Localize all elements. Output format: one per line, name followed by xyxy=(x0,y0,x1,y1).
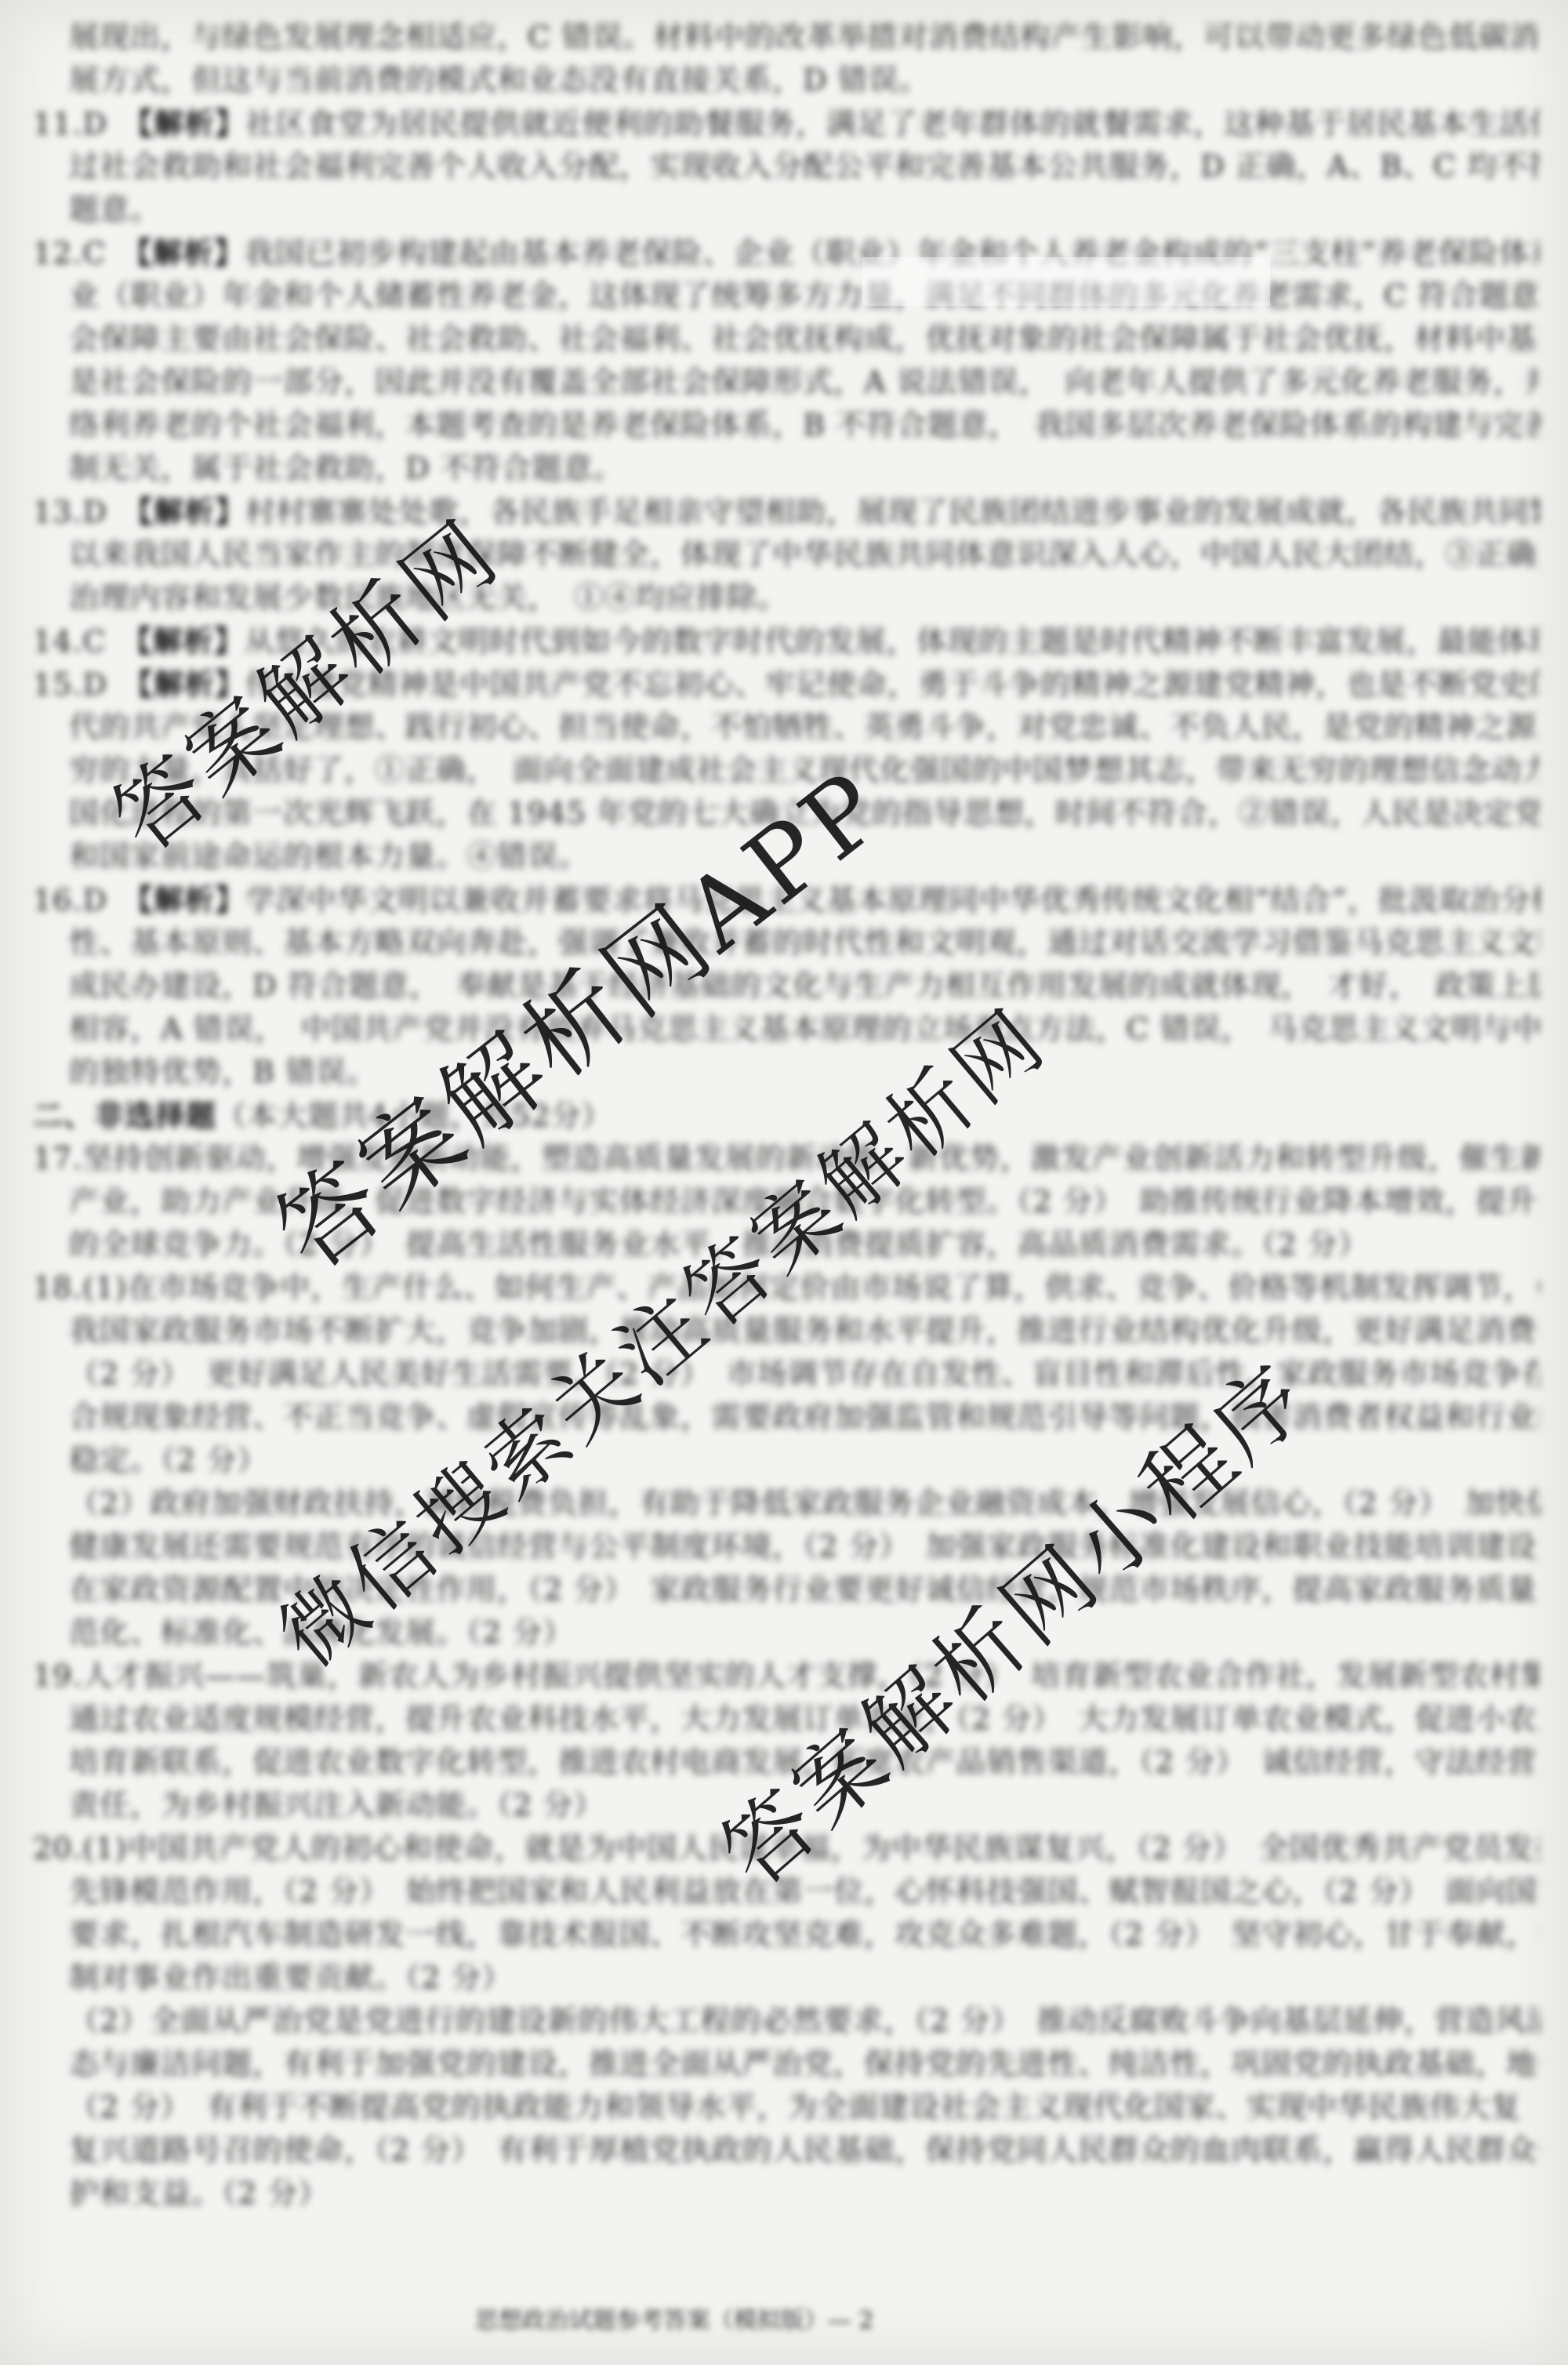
text-line: （2 分） 更好满足人民美好生活需要，（2 分） 市场调节存在自发性、盲目性和滞… xyxy=(33,1353,1540,1396)
text-line: 护和支益。（2 分） xyxy=(33,2172,1540,2215)
text-line: 展现出，与绿色发展理念相适应，C 错误。材料中的改革举措对消费结构产生影响，可以… xyxy=(33,16,1540,59)
scan-light-artifact xyxy=(862,257,1270,306)
text-line: （2）政府加强财政扶持，减轻税费负担，有助于降低家政服务企业融资成本，增强发展信… xyxy=(33,1482,1540,1525)
text-line: 13.D 【解析】村村寨寨处处歌，各民族手足相亲守望相助，展现了民族团结进步事业… xyxy=(33,490,1540,533)
text-line: （2 分） 有利于不断提高党的执政能力和领导水平，为全面建设社会主义现代化国家、… xyxy=(33,2086,1540,2129)
text-line: （2）全面从严治党是党进行的建设新的伟大工程的必然要求，（2 分） 推动反腐败斗… xyxy=(33,2000,1540,2043)
text-line: 会保障主要由社会保险、社会救助、社会福利、社会优抚构成，优抚对象的社会保障属于社… xyxy=(33,318,1540,361)
text-line: 治理内容和发展少数民族地区无关， ①④均应排除。 xyxy=(33,576,1540,619)
text-line: 要求，扎根汽车制造研发一线，靠技术报国、不断攻坚克难，攻克众多难题，（2 分） … xyxy=(33,1913,1540,1956)
text-line: 我国家政服务市场不断扩大，竞争加剧，推动高质量服务和水平提升，推进行业结构优化升… xyxy=(33,1310,1540,1353)
text-line: 态与廉洁问题，有利于加强党的建设，推进全面从严治党，保持党的先进性、纯洁性，巩固… xyxy=(33,2043,1540,2086)
page-footer: 思想政治试题参考答案（模拟版）— 2 xyxy=(475,2304,874,2338)
text-line: 业（职业）年金和个人储蓄性养老金，这体现了统筹多方力量，满足不同群体的多元化养老… xyxy=(33,274,1540,318)
section-header: 二、非选择题（本大题共4小题，共52分） xyxy=(33,1094,1540,1137)
text-line: 相容，A 错误， 中国共产党并没有放弃马克思主义基本原理的立场观点方法，C 错误… xyxy=(33,1008,1540,1051)
text-line: 以来我国人民当家作主的制度保障不断健全，体现了中华民族共同体意识深入人心，中国人… xyxy=(33,533,1540,576)
text-line: 的独特优势，B 错误。 xyxy=(33,1051,1540,1094)
text-line: 范化、标准化、品牌化发展。（2 分） xyxy=(33,1611,1540,1655)
text-line: 络利养老的个社会福利，本题考查的是养老保险体系，B 不符合题意， 我国多层次养老… xyxy=(33,404,1540,447)
text-line: 制无关，属于社会救助，D 不符合题意。 xyxy=(33,447,1540,490)
text-line: 复兴道路号召的使命，（2 分） 有利于厚植党执政的人民基础，保持党同人民群众的血… xyxy=(33,2129,1540,2172)
text-line: 健康发展还需要规范有序的诚信经营与公平制度环境，（2 分） 加强家政服务标准化建… xyxy=(33,1525,1540,1568)
text-line: 制对事业作出重要贡献。（2 分） xyxy=(33,1956,1540,2000)
text-line: 19.人才振兴——筑巢，新农人为乡村振兴提供坚实的人才支撑，（2 分） 培育新型… xyxy=(33,1655,1540,1698)
text-line: 稳定。（2 分） xyxy=(33,1439,1540,1482)
text-line: 成民办建设，D 符合题意， 奉献是基于经济基础的文化与生产力相互作用发展的成就体… xyxy=(33,965,1540,1008)
text-line: 过社会救助和社会福利完善个人收入分配，实现收入分配公平和完善基本公共服务，D 正… xyxy=(33,145,1540,188)
text-line: 展方式，但这与当前消费的模式和业态没有直接关系，D 错误。 xyxy=(33,59,1540,102)
scanned-answer-page: 展现出，与绿色发展理念相适应，C 错误。材料中的改革举措对消费结构产生影响，可以… xyxy=(0,0,1568,2365)
text-line: 11.D 【解析】社区食堂为居民提供就近便利的助餐服务，满足了老年群体的就餐需求… xyxy=(33,102,1540,145)
text-line: 题意。 xyxy=(33,188,1540,231)
text-line: 12.C 【解析】我国已初步构建起由基本养老保险、企业（职业）年金和个人养老金构… xyxy=(33,231,1540,274)
text-line: 是社会保险的一部分，因此并没有覆盖全部社会保障形式，A 说法错误， 向老年人提供… xyxy=(33,361,1540,404)
